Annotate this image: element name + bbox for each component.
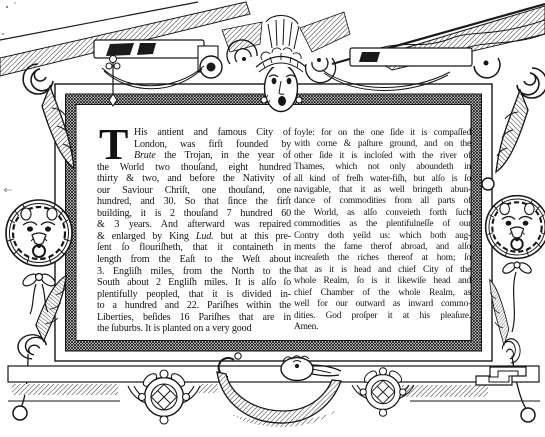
text-line: Amen.	[294, 322, 471, 333]
bottom-right-scroll-icon	[490, 280, 521, 363]
text-line: Liberties, beſides 16 Pariſhes that are …	[97, 312, 291, 324]
text-line: chief Chamber of the whole Realm, as	[294, 288, 471, 299]
text-line: the ſuburbs. It is planted on a very goo…	[97, 323, 291, 335]
right-lion-medallion-icon	[486, 196, 545, 259]
dolphin-strap-icon	[217, 353, 341, 427]
text-line: our Saviour Chriſt, one thouſand, one	[97, 185, 291, 197]
text-line: hundred, and 30. So that ſince the firſt	[97, 196, 291, 208]
text-line: all kind of freſh water-fiſh, but alſo i…	[294, 174, 471, 185]
text-line: navigable, that it as well bringeth abun…	[294, 185, 471, 196]
scan-speckles	[2, 2, 16, 192]
text-line: thirty & two, and before the Nativity of	[97, 173, 291, 185]
text-line: building, it is 2 thouſand 7 hundred 60	[97, 208, 291, 220]
text-line: other ſide it is incloſed with the river…	[294, 151, 471, 162]
text-line: ments the fame therof abroad, and alſo	[294, 242, 471, 253]
left-lion-medallion-icon	[6, 200, 72, 266]
text-line: His antient and famous City of	[97, 127, 291, 139]
text-line: London, was firſt founded by	[97, 139, 291, 151]
text-line: Thames, which not only aboundeth in	[294, 162, 471, 173]
text-line: with corne & paſture ground, and on the	[294, 139, 471, 150]
text-line: dance of commodities from all parts of	[294, 196, 471, 207]
text-line: South about 2 Engliſh miles. It is alſo …	[97, 277, 291, 289]
bottom-strap-band	[8, 366, 539, 382]
text-line: Brute the Trojan, in the year of	[97, 150, 291, 162]
text-line: plentifully peopled, that it is divided …	[97, 289, 291, 301]
text-line: dities. God proſper it at his pleaſure.	[294, 311, 471, 322]
text-column-right: foyle: for on the one ſide it is compaſſ…	[294, 128, 471, 333]
text-line: Contry doth yeild us: which both aug-	[294, 231, 471, 242]
text-line: & enlarged by King Lud. but at this pre-	[97, 231, 291, 243]
text-line: 3. Engliſh miles, from the North to the	[97, 266, 291, 278]
text-line: whole Realm, ſo is it likewiſe head and	[294, 276, 471, 287]
text-line: the World, as alſo conveieth forth ſuch	[294, 208, 471, 219]
text-column-left: His antient and famous City ofLondon, wa…	[97, 127, 291, 335]
text-line: the World two thouſand, eight hundred	[97, 162, 291, 174]
right-rosette-medallion-icon	[360, 368, 406, 417]
text-line: & 3 years. And afterward was repaired	[97, 219, 291, 231]
bottom-strapwork	[8, 353, 540, 427]
text-line: increaſeth the riches thereof at hom; ſo	[294, 253, 471, 264]
text-line: commodities as the plentifulneſſe of our	[294, 219, 471, 230]
left-rosette-medallion-icon	[139, 370, 190, 424]
text-line: foyle: for on the one ſide it is compaſſ…	[294, 128, 471, 139]
text-line: length from the Eaſt to the Weſt about	[97, 254, 291, 266]
text-line: that as it is head and chief City of the	[294, 265, 471, 276]
text-line: ſent ſo flouriſheth, that it containeth …	[97, 242, 291, 254]
text-line: well for our outward as inward commo-	[294, 299, 471, 310]
engraved-cartouche-page: T His antient and famous City ofLondon, …	[0, 0, 545, 437]
top-right-scroll-icon	[496, 68, 545, 172]
text-line: to a hundred and 22. Pariſhes within the	[97, 300, 291, 312]
